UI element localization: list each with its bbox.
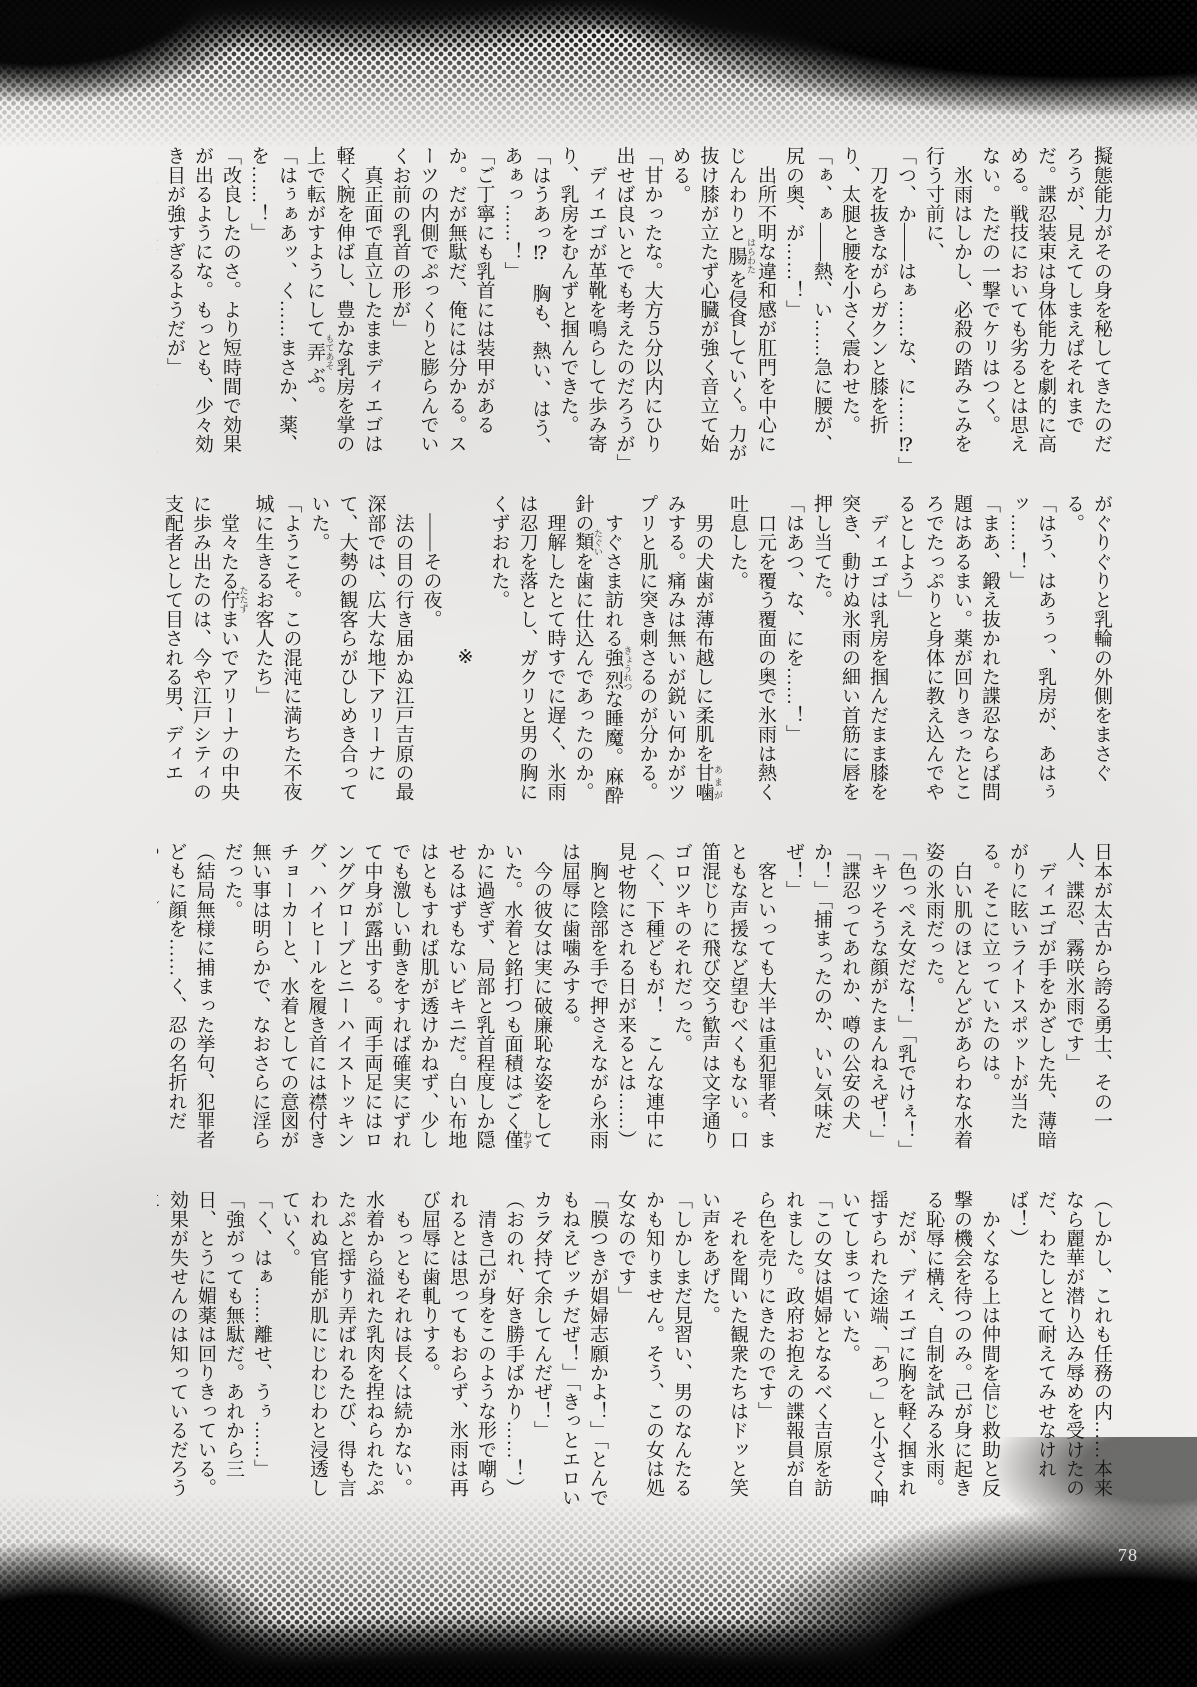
paragraph: 「ようこそ。この混沌に満ちた不夜城に生きるお客人たち」	[249, 494, 305, 820]
paragraph: ――その夜。	[417, 494, 445, 820]
paragraph: 白い肌のほとんどがあらわな水着姿の氷雨だった。	[919, 842, 975, 1168]
paragraph: （結局無様に捕まった挙句、犯罪者どもに顔を……く、忍の名折れだっ……）	[157, 842, 218, 1168]
paragraph: ディエゴが革靴を鳴らして歩み寄り、乳房をむんずと掴んできた。	[554, 146, 610, 472]
paragraph: 「はあつ、な、にを……！」	[779, 494, 807, 820]
paragraph: 口元を覆う覆面の奥で氷雨は熱く吐息した。	[723, 494, 779, 820]
text-band-3: 日本が太古から誇る勇士、その一人、諜忍、霧咲氷雨です」 ディエゴが手をかざした先…	[157, 842, 1115, 1168]
paragraph: 乳房の先端にある装甲を避け、親指	[157, 146, 160, 472]
paragraph: 今の彼女は実に破廉恥な姿をしていた。水着と銘打つも面積はごく僅わずかに過ぎず、局…	[218, 842, 556, 1168]
paragraph: 「はうあっ⁉ 胸も、熱い、はう、あぁっ……！」	[498, 146, 554, 472]
paragraph: 「はぅぁあッ、く……まさか、薬、を……！」	[244, 146, 300, 472]
paragraph: 「く、はぁ……離せ、うぅ……」	[247, 1190, 275, 1516]
page-number: 78	[1118, 1545, 1138, 1566]
paragraph: ディエゴが手をかざした先、薄暗がりに眩いライトスポットが当たる。そこに立っていた…	[975, 842, 1059, 1168]
paragraph: 擬態能力がその身を秘してきたのだろうが、見えてしまえばそれまでだ。諜忍装束は身体…	[975, 146, 1115, 472]
paragraph: 真正面で直立したままディエゴは軽く腕を伸ばし、豊かな乳房を掌の上で転がすようにし…	[300, 146, 386, 472]
paragraph: 客といっても大半は重犯罪者、まともな声援など望むべくもない。口笛混じりに飛び交う…	[667, 842, 779, 1168]
paragraph: 胸と陰部を手で押さえながら氷雨は屈辱に歯噛みする。	[555, 842, 611, 1168]
paragraph: 理解したとて時すでに遅く、氷雨は忍刀を落とし、ガクリと男の胸にくずおれた。	[485, 494, 569, 820]
halftone-dots-bottom	[0, 1487, 1197, 1687]
text-band-2: がぐりぐりと乳輪の外側をまさぐる。「はう、はあぅっ、乳房が、あはぅッ……！」「ま…	[157, 494, 1115, 820]
text-band-4: （しかし、これも任務の内……本来なら麗華が潜り込み辱めを受けたのだ、わたしとて耐…	[157, 1190, 1115, 1516]
paragraph: かくなる上は仲間を信じ救助と反撃の機会を待つのみ。己が身に起きる恥辱に構え、自制…	[919, 1190, 1003, 1516]
paragraph: がぐりぐりと乳輪の外側をまさぐる。	[1059, 494, 1115, 820]
paragraph: 「膜つきが娼婦志願かよ！」「とんでもねえビッチだぜ！」「きっとエロいカラダ持て余…	[527, 1190, 611, 1516]
paragraph: 「ぁ、ぁ――熱、い……急に腰が、尻の奥、が……！」	[779, 146, 835, 472]
paragraph: 「強がっても無駄だ。あれから三日、とうに媚薬は回りきっている。効果が失せんのは知…	[157, 1190, 247, 1516]
paragraph: だが、ディエゴに胸を軽く掴まれ揺すられた途端、「あっ」と小さく呻いてしまっていた…	[835, 1190, 919, 1516]
paragraph: （しかし、これも任務の内……本来なら麗華が潜り込み辱めを受けたのだ、わたしとて耐…	[1003, 1190, 1115, 1516]
paragraph: 「甘かったな。大方５分以内にひり出せば良いとでも考えたのだろうが」	[610, 146, 666, 472]
halftone-dots-top	[0, 0, 1197, 150]
paragraph: （おのれ、好き勝手ばかり……！）	[499, 1190, 527, 1516]
paragraph: もっともそれは長くは続かない。水着から溢れた乳肉を捏ねられたぷたぷと揺すり弄ばれ…	[275, 1190, 415, 1516]
paragraph: 刀を抜きながらガクンと膝を折り、太腿と腰を小さく震わせた。	[835, 146, 891, 472]
text-band-1: 擬態能力がその身を秘してきたのだろうが、見えてしまえばそれまでだ。諜忍装束は身体…	[157, 146, 1115, 472]
paragraph: 「はう、はあぅっ、乳房が、あはぅッ……！」	[1003, 494, 1059, 820]
paragraph: 「改良したのさ。より短時間で効果が出るようにな。もっとも、少々効き目が強すぎるよ…	[160, 146, 244, 472]
paragraph: 「ご丁寧にも乳首には装甲があるか。だが無駄だ、俺には分かる。スーツの内側でぷっく…	[386, 146, 498, 472]
paragraph: 氷雨はしかし、必殺の踏みこみを行う寸前に、	[919, 146, 975, 472]
paragraph: 出所不明な違和感が肛門を中心にじんわりと腸はらわたを侵食していく。力が抜け膝が立…	[666, 146, 780, 472]
section-separator: ※	[451, 494, 479, 820]
halftone-border-top	[0, 0, 1197, 165]
paragraph: 日本が太古から誇る勇士、その一人、諜忍、霧咲氷雨です」	[1059, 842, 1115, 1168]
paragraph: （く、下種どもが！ こんな連中に見せ物にされる日が来るとは……）	[611, 842, 667, 1168]
paragraph: 男の犬歯が薄布越しに柔肌を甘噛あまがみする。痛みは無いが鋭い何かがツプリと肌に突…	[633, 494, 724, 820]
paragraph: それを聞いた観衆たちはドッと笑い声をあげた。	[695, 1190, 751, 1516]
paragraph: ディエゴは乳房を掴んだまま膝を突き、動けぬ氷雨の細い首筋に唇を押し当てた。	[807, 494, 891, 820]
paragraph: 「しかしまだ見習い、男のなんたるかも知りません。そう、この女は処女なのです」	[611, 1190, 695, 1516]
paragraph: 清き己が身をこのような形で嘲られるとは思ってもおらず、氷雨は再び屈辱に歯軋りする…	[415, 1190, 499, 1516]
paragraph: 「つ、か――はぁ……な、に……⁉」	[891, 146, 919, 472]
paragraph: 法の目の行き届かぬ江戸吉原の最深部では、広大な地下アリーナにて、大勢の観客らがひ…	[305, 494, 417, 820]
paragraph: 「色っぺえ女だな！」「乳でけぇ！」「キツそうな顔がたまんねえぜ！」「諜忍ってあれ…	[779, 842, 919, 1168]
paragraph: すぐさま訪れる強烈きょうれつな睡魔。麻酔針の類たぐいを歯に仕込んであったのか。	[569, 494, 633, 820]
paragraph: 堂々たる佇たたずまいでアリーナの中央に歩み出たのは、今や江戸シティの支配者として…	[157, 494, 249, 820]
paragraph: 「この女は娼婦となるべく吉原を訪れました。政府お抱えの諜報員が自ら色を売りにきた…	[751, 1190, 835, 1516]
novel-page: 擬態能力がその身を秘してきたのだろうが、見えてしまえばそれまでだ。諜忍装束は身体…	[0, 0, 1197, 1687]
paragraph: 「まあ、鍛え抜かれた諜忍ならば問題はあるまい。薬が回りきったところでたっぷりと身…	[891, 494, 1003, 820]
